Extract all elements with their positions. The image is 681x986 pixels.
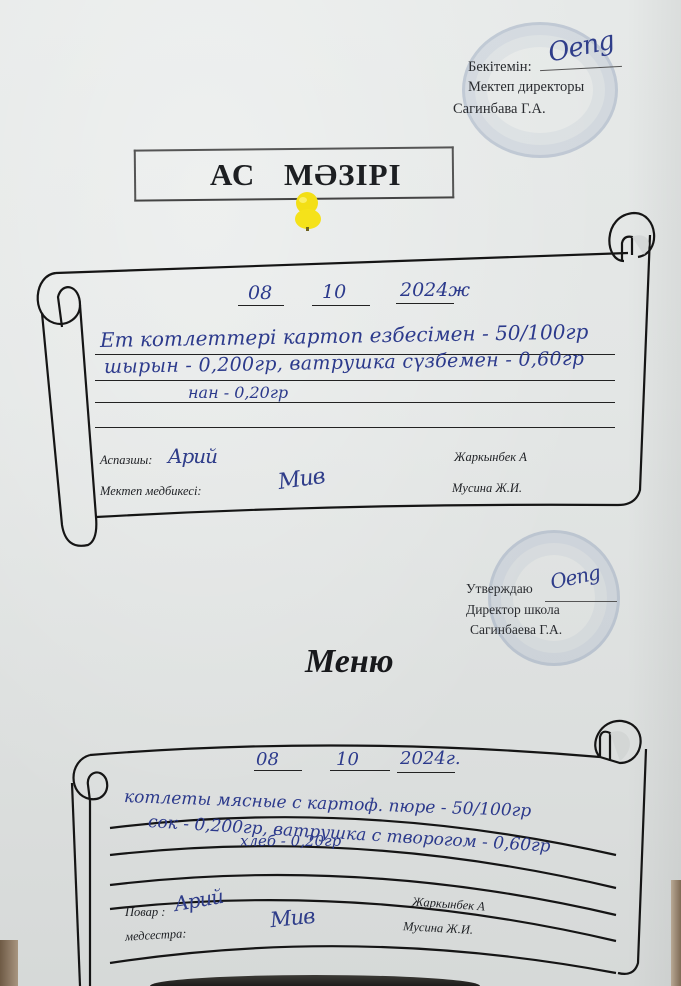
page-title-ru: Меню — [305, 643, 394, 681]
cook-signature-kz: Aрий — [168, 444, 217, 468]
approval-line-1: Утверждаю — [466, 579, 533, 598]
nurse-label-kz: Мектеп медбикесі: — [100, 484, 202, 499]
nurse-label-ru: медсестра: — [125, 926, 187, 944]
date-year-line — [397, 772, 455, 773]
date-day-line — [238, 305, 284, 306]
date-month-line — [330, 770, 390, 771]
approval-line-1: Бекітемін: — [468, 58, 532, 77]
date-month-line — [312, 305, 370, 306]
page-title-kz: АС МӘЗІРІ — [210, 157, 402, 193]
background-table-edge — [0, 940, 18, 986]
ruled-line — [95, 380, 615, 381]
approval-line-3: Сагинбаева Г.А. — [470, 620, 562, 639]
approval-line-2: Директор школа — [466, 600, 560, 619]
date-day-line — [254, 770, 302, 771]
cook-label-kz: Аспазшы: — [100, 453, 152, 468]
date-year-ru: 2024г. — [400, 748, 461, 769]
approval-line-2: Мектеп директоры — [468, 78, 584, 97]
date-day-ru: 08 — [256, 749, 279, 770]
ruled-line — [95, 427, 615, 428]
date-day-kz: 08 — [248, 282, 272, 304]
ruled-line — [95, 402, 615, 403]
nurse-name-kz: Мусина Ж.И. — [452, 481, 522, 496]
cook-label-ru: Повар : — [125, 905, 165, 920]
menu-line: хлеб - 0,20гр — [240, 832, 341, 850]
nurse-signature-ru: Мив — [269, 904, 316, 932]
school-stamp-ru — [488, 530, 620, 666]
scroll-frame-ru — [60, 715, 681, 986]
date-month-kz: 10 — [322, 281, 346, 303]
date-month-ru: 10 — [336, 749, 359, 770]
cook-name-kz: Жаркынбек А — [454, 450, 527, 465]
approval-line-3: Сагинбава Г.А. — [453, 100, 546, 119]
menu-line: нан - 0,20гр — [188, 383, 288, 402]
date-year-kz: 2024ж — [400, 279, 470, 301]
date-year-line — [396, 303, 454, 304]
